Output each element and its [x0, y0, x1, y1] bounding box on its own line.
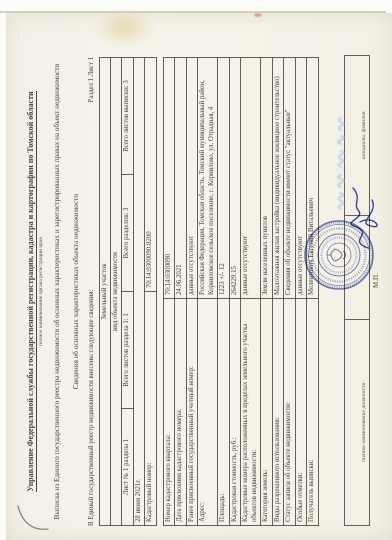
table-row: Номер кадастрового квартала:70:14:030009… — [163, 58, 174, 526]
row-label: Площадь: — [218, 299, 229, 526]
table-row: Особые отметки:данные отсутствуют — [295, 58, 306, 526]
org-name: Управление Федеральной службы государств… — [26, 57, 35, 526]
object-type-caption: вид объекта недвижимости — [110, 58, 121, 526]
row-label: Дата присвоения кадастрового номера: — [175, 299, 186, 526]
extract-title: Выписка из Единого государственного реес… — [53, 57, 61, 526]
org-caption: полное наименование органа регистрации п… — [38, 57, 44, 526]
position-label: полное наименование должности — [345, 319, 369, 525]
table-row: Статус записи об объекте недвижимости:Св… — [284, 58, 295, 526]
sheet-cell: Всего разделов: 3 — [122, 175, 133, 292]
sheet-cell: Всего листов раздела 1: 1 — [122, 292, 133, 409]
row-value: данные отсутствуют — [241, 58, 261, 299]
row-label: Адрес: — [198, 299, 218, 526]
row-value: 1223 +/- 12 — [218, 58, 229, 299]
row-label: Виды разрешенного использования: — [272, 299, 283, 526]
row-value: Земли населенных пунктов — [261, 58, 272, 299]
object-type: Земельный участок — [99, 58, 110, 526]
table-row: Адрес:Российская Федерация, Томская обла… — [198, 58, 218, 526]
object-header-table: Земельный участок вид объекта недвижимос… — [99, 57, 157, 526]
official-seal — [303, 219, 375, 291]
row-label: Особые отметки: — [295, 299, 306, 526]
table-row: Получатель выписки:Мелентович Евгений Ви… — [307, 58, 318, 526]
row-label: Ранее присвоенный государственный учетны… — [186, 299, 197, 526]
row-label: Статус записи об объекте недвижимости: — [284, 299, 295, 526]
table-row: Кадастровые номера расположенных в преде… — [241, 58, 261, 526]
info-title: Сведения об основных характеристиках объ… — [72, 57, 80, 526]
row-label: Категория земель: — [261, 299, 272, 526]
table-row: Ранее присвоенный государственный учетны… — [186, 58, 197, 526]
row-value: 24.06.2021 — [175, 58, 186, 299]
row-label: Кадастровые номера расположенных в преде… — [241, 299, 261, 526]
document-page: Управление Федеральной службы государств… — [6, 13, 392, 540]
row-value: данные отсутствуют — [186, 58, 197, 299]
table-row: Кадастровая стоимость, руб.:264229.15 — [229, 58, 240, 526]
table-row: Категория земель:Земли населенных пункто… — [261, 58, 272, 526]
cadastral-number-value: 70:14:0300090:8200 — [145, 58, 156, 292]
table-row: Виды разрешенного использования:Малоэтаж… — [272, 58, 283, 526]
paper-stain — [94, 8, 156, 48]
table-row: Дата присвоения кадастрового номера:24.0… — [175, 58, 186, 526]
row-label: Кадастровая стоимость, руб.: — [229, 299, 240, 526]
paper-speck — [254, 13, 262, 17]
page-edge-shadow — [0, 11, 386, 13]
rotated-scan: Управление Федеральной службы государств… — [0, 0, 392, 540]
document-content: Управление Федеральной службы государств… — [20, 57, 319, 526]
row-value: 70:14:0300090 — [163, 58, 174, 299]
row-label: Номер кадастрового квартала: — [163, 299, 174, 526]
row-value: Сведения об объекте недвижимости имеют с… — [284, 58, 295, 299]
intro-line: В Единый государственный реестр недвижим… — [88, 290, 95, 526]
row-label: Получатель выписки: — [307, 299, 318, 526]
cadastral-number-label: Кадастровый номер: — [145, 292, 156, 526]
row-value: Малоэтажная жилая застройка (индивидуаль… — [272, 58, 283, 299]
table-row: Площадь:1223 +/- 12 — [218, 58, 229, 526]
extract-date: 28 июня 2021г. — [133, 58, 144, 526]
characteristics-table: Номер кадастрового квартала:70:14:030009… — [163, 57, 319, 526]
row-value: Российская Федерация, Томская область, Т… — [198, 58, 218, 299]
sheet-cell: Всего листов выписки: 3 — [122, 58, 133, 175]
sheet-cell: Лист № 1 раздела 1 — [122, 409, 133, 526]
section-sheet-label: Раздел 1 Лист 1 — [88, 57, 95, 102]
scanned-document-view: Управление Федеральной службы государств… — [0, 0, 392, 540]
row-value: 264229.15 — [229, 58, 240, 299]
